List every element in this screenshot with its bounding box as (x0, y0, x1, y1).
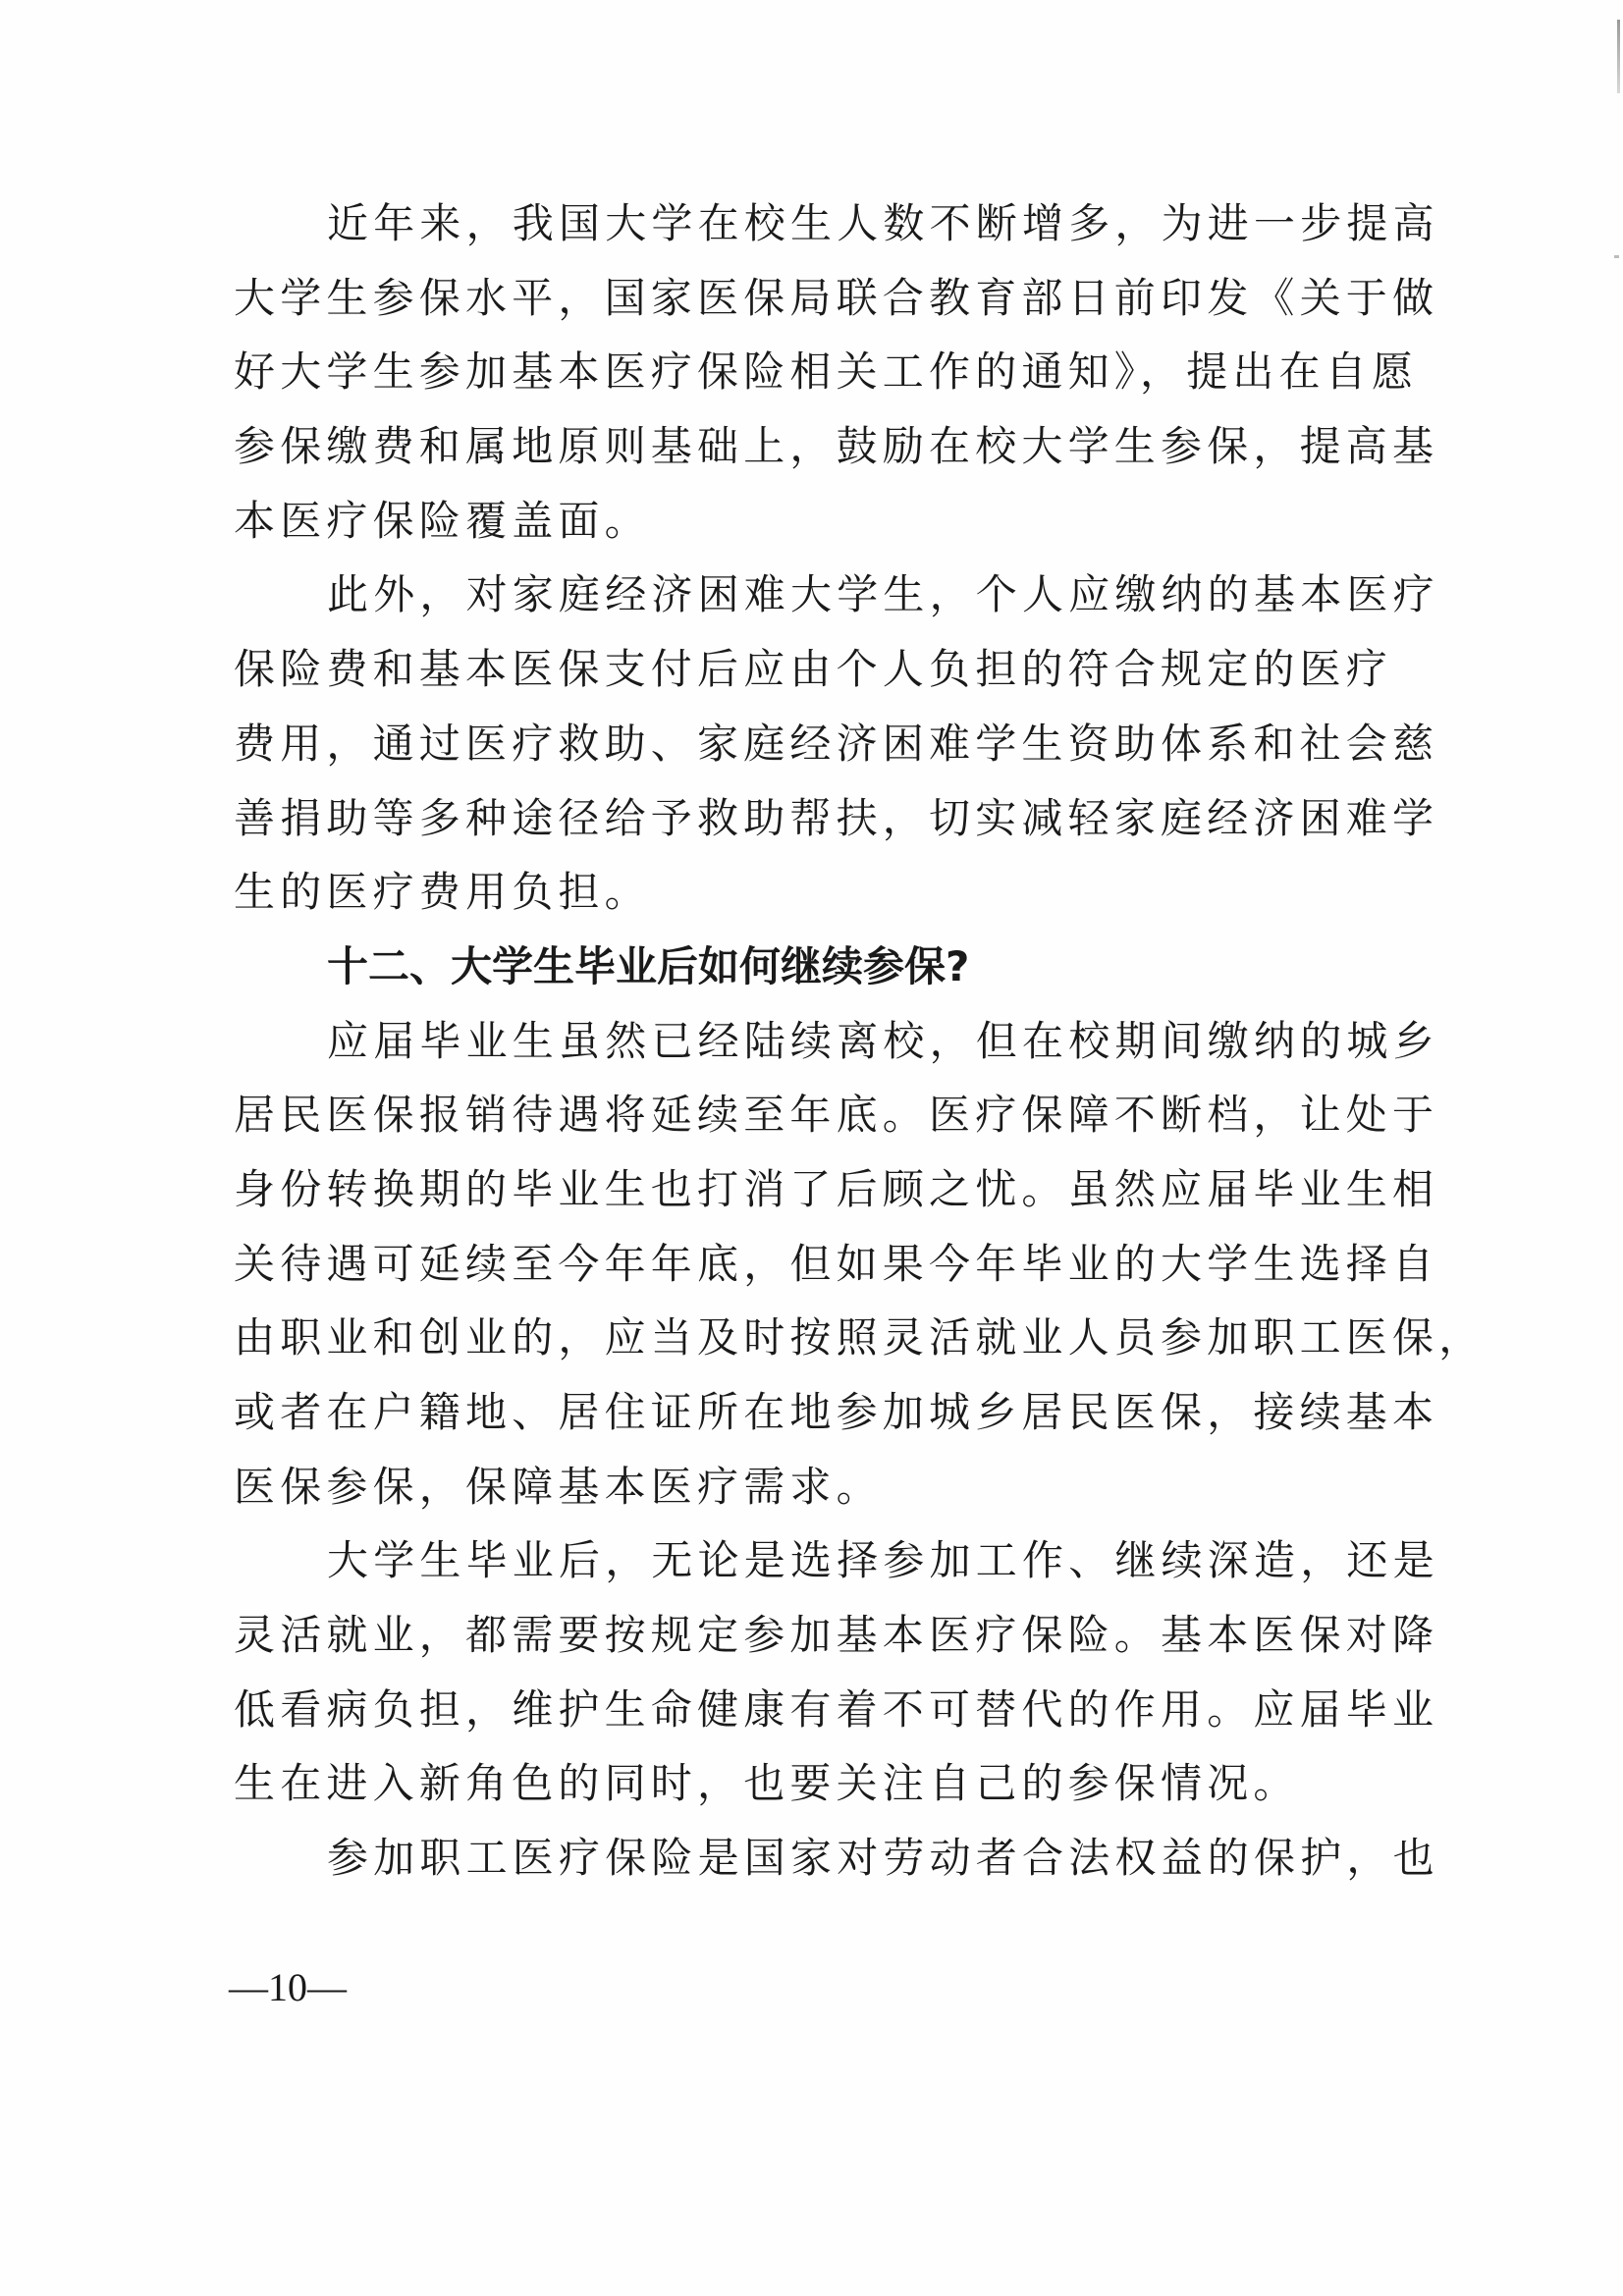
text-line: 应届毕业生虽然已经陆续离校，但在校期间缴纳的城乡 (234, 1010, 1402, 1085)
text-line: 本医疗保险覆盖面。 (234, 490, 1402, 564)
text-line: 此外，对家庭经济困难大学生，个人应缴纳的基本医疗 (234, 563, 1402, 638)
text-line: 保险费和基本医保支付后应由个人负担的符合规定的医疗 (234, 638, 1402, 713)
document-body: 近年来，我国大学在校生人数不断增多，为进一步提高 大学生参保水平，国家医保局联合… (234, 192, 1402, 1901)
text-line: 由职业和创业的，应当及时按照灵活就业人员参加职工医保， (234, 1307, 1402, 1381)
paragraph-5: 参加职工医疗保险是国家对劳动者合法权益的保护，也 (234, 1827, 1402, 1901)
text-line: 善捐助等多种途径给予救助帮扶，切实减轻家庭经济困难学 (234, 787, 1402, 862)
section-heading-text: 十二、大学生毕业后如何继续参保? (234, 935, 1402, 1010)
text-line: 灵活就业，都需要按规定参加基本医疗保险。基本医保对降 (234, 1604, 1402, 1679)
section-heading: 十二、大学生毕业后如何继续参保? (234, 935, 1402, 1010)
text-line: 大学生参保水平，国家医保局联合教育部日前印发《关于做 (234, 267, 1402, 342)
paragraph-2: 此外，对家庭经济困难大学生，个人应缴纳的基本医疗 保险费和基本医保支付后应由个人… (234, 563, 1402, 934)
paragraph-4: 大学生毕业后，无论是选择参加工作、继续深造，还是 灵活就业，都需要按规定参加基本… (234, 1529, 1402, 1827)
text-line: 大学生毕业后，无论是选择参加工作、继续深造，还是 (234, 1529, 1402, 1604)
text-line: 关待遇可延续至今年年底，但如果今年毕业的大学生选择自 (234, 1233, 1402, 1308)
document-page: 近年来，我国大学在校生人数不断增多，为进一步提高 大学生参保水平，国家医保局联合… (0, 0, 1623, 2296)
text-line: 近年来，我国大学在校生人数不断增多，为进一步提高 (234, 192, 1402, 267)
text-line: 生的医疗费用负担。 (234, 861, 1402, 935)
text-line: 低看病负担，维护生命健康有着不可替代的作用。应届毕业 (234, 1679, 1402, 1753)
text-line: 身份转换期的毕业生也打消了后顾之忧。虽然应届毕业生相 (234, 1158, 1402, 1233)
text-line: 居民医保报销待遇将延续至年底。医疗保障不断档，让处于 (234, 1084, 1402, 1158)
paragraph-1: 近年来，我国大学在校生人数不断增多，为进一步提高 大学生参保水平，国家医保局联合… (234, 192, 1402, 563)
paragraph-3: 应届毕业生虽然已经陆续离校，但在校期间缴纳的城乡 居民医保报销待遇将延续至年底。… (234, 1010, 1402, 1530)
text-line: 好大学生参加基本医疗保险相关工作的通知》，提出在自愿 (234, 341, 1402, 415)
scan-edge-artifact (1617, 20, 1620, 93)
text-line: 或者在户籍地、居住证所在地参加城乡居民医保，接续基本 (234, 1381, 1402, 1456)
text-line: 费用，通过医疗救助、家庭经济困难学生资助体系和社会慈 (234, 713, 1402, 787)
scan-dot-artifact (1614, 255, 1619, 258)
text-line: 生在进入新角色的同时，也要关注自己的参保情况。 (234, 1752, 1402, 1827)
text-line: 参加职工医疗保险是国家对劳动者合法权益的保护，也 (234, 1827, 1402, 1901)
text-line: 医保参保，保障基本医疗需求。 (234, 1456, 1402, 1530)
page-number: —10— (229, 1958, 347, 2017)
text-line: 参保缴费和属地原则基础上，鼓励在校大学生参保，提高基 (234, 415, 1402, 490)
